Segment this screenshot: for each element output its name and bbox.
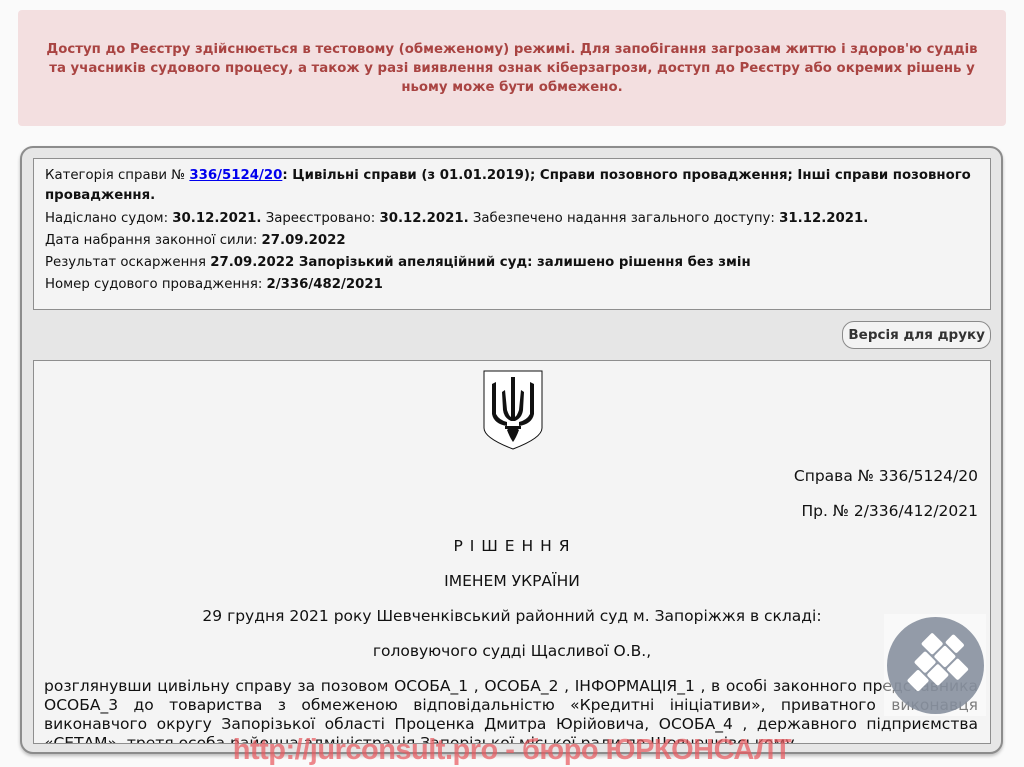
case-category-row: Категорія справи № 336/5124/20: Цивільні… <box>45 166 979 206</box>
print-version-button[interactable]: Версія для друку <box>842 321 991 349</box>
public-access-date: 31.12.2021. <box>779 211 868 226</box>
decision-body-text: розглянувши цивільну справу за позовом О… <box>44 677 978 744</box>
appeal-result-row: Результат оскарження 27.09.2022 Запорізь… <box>45 252 979 274</box>
proceeding-number-row: Номер судового провадження: 2/336/482/20… <box>45 274 979 296</box>
puzzle-pieces-icon <box>884 614 986 716</box>
proceeding-number-doc: Пр. № 2/336/412/2021 <box>801 502 978 520</box>
sent-date: 30.12.2021. <box>172 211 261 226</box>
registered-date: 30.12.2021. <box>379 211 468 226</box>
effective-date: 27.09.2022 <box>262 233 346 248</box>
coat-of-arms-icon <box>483 370 543 450</box>
decision-panel: Категорія справи № 336/5124/20: Цивільні… <box>20 146 1003 754</box>
access-restriction-notice: Доступ до Реєстру здійснюється в тестово… <box>18 10 1006 126</box>
case-number-link[interactable]: 336/5124/20 <box>189 168 282 183</box>
notice-text: Доступ до Реєстру здійснюється в тестово… <box>36 40 988 97</box>
case-info-box: Категорія справи № 336/5124/20: Цивільні… <box>33 158 991 310</box>
appeal-result: 27.09.2022 Запорізький апеляційний суд: … <box>210 255 750 270</box>
decision-subtitle: ІМЕНЕМ УКРАЇНИ <box>34 572 990 590</box>
decision-title: Р І Ш Е Н Н Я <box>34 537 990 555</box>
presiding-judge: головуючого судді Щасливої О.В., <box>34 642 990 660</box>
case-number: Справа № 336/5124/20 <box>794 467 978 485</box>
puzzle-badge[interactable] <box>884 614 986 716</box>
dates-row: Надіслано судом: 30.12.2021. Зареєстрова… <box>45 208 979 230</box>
court-composition: 29 грудня 2021 року Шевченківський район… <box>34 607 990 625</box>
decision-document: Справа № 336/5124/20 Пр. № 2/336/412/202… <box>33 360 991 744</box>
proceeding-number: 2/336/482/2021 <box>267 277 383 292</box>
effective-date-row: Дата набрання законної сили: 27.09.2022 <box>45 230 979 252</box>
